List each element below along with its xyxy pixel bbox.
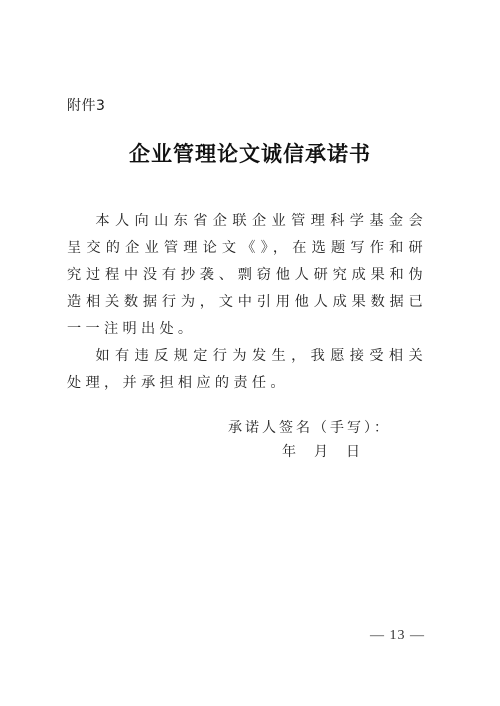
date-month-label: 月 (314, 442, 328, 462)
document-title: 企业管理论文诚信承诺书 (0, 138, 500, 168)
signature-label: 承诺人签名（手写）： (228, 415, 391, 442)
date-line: 年月日 (282, 442, 378, 462)
document-page: 附件3 企业管理论文诚信承诺书 本人向山东省企联企业管理科学基金会呈交的企业管理… (0, 0, 500, 706)
page-number: — 13 — (370, 628, 425, 644)
date-day-label: 日 (346, 442, 360, 462)
consequence-paragraph: 如有违反规定行为发生，我愿接受相关处理，并承担相应的责任。 (67, 343, 427, 397)
pledge-paragraph: 本人向山东省企联企业管理科学基金会呈交的企业管理论文《》，在选题写作和研究过程中… (67, 208, 427, 343)
document-body: 本人向山东省企联企业管理科学基金会呈交的企业管理论文《》，在选题写作和研究过程中… (67, 208, 427, 397)
attachment-label: 附件3 (67, 95, 105, 115)
date-year-label: 年 (282, 442, 296, 462)
